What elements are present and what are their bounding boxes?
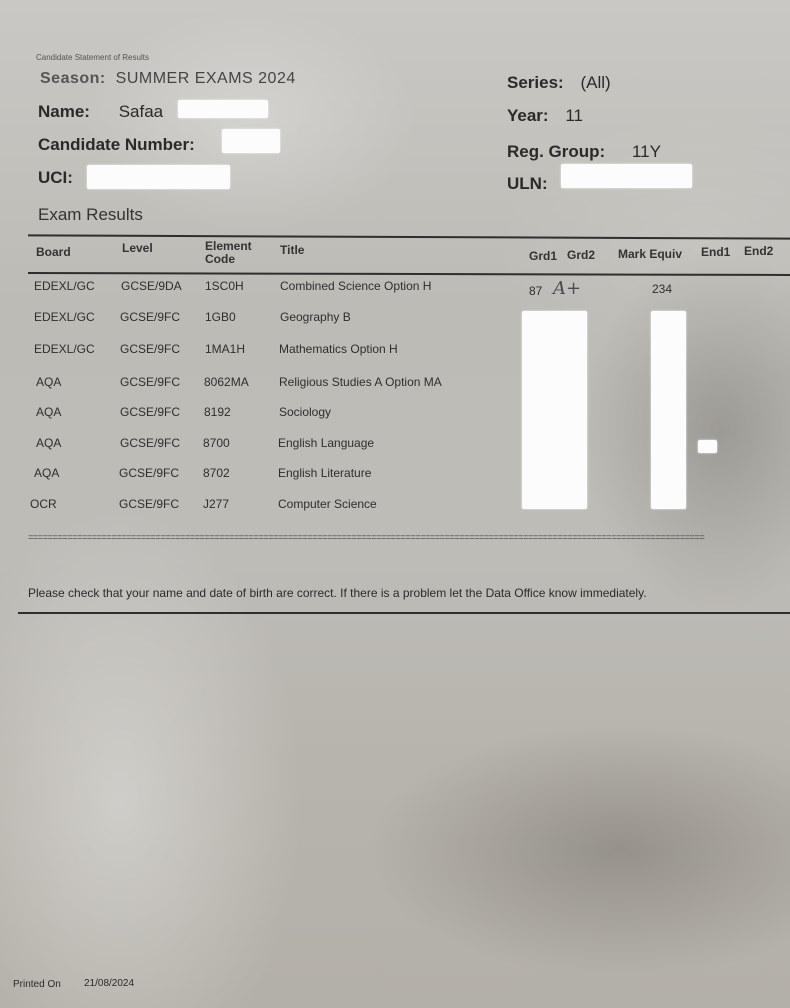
notice-text: Please check that your name and date of … [28, 586, 647, 600]
cell-code: J277 [203, 497, 229, 511]
cell-level: GCSE/9FC [120, 405, 180, 419]
separator-line: ========================================… [28, 533, 790, 543]
cell-title: Combined Science Option H [280, 279, 431, 293]
cell-title: Geography B [280, 310, 351, 324]
reg-group-label: Reg. Group: [507, 142, 605, 161]
col-board: Board [36, 246, 71, 259]
section-title: Exam Results [38, 205, 143, 225]
col-element-code-line2: Code [205, 253, 252, 266]
reg-group-value: 11Y [632, 142, 661, 161]
name-value: Safaa [119, 102, 163, 121]
cell-code: 8702 [203, 466, 230, 480]
season-value: SUMMER EXAMS 2024 [116, 70, 296, 87]
uln-label: ULN: [507, 174, 548, 194]
table-top-rule [28, 234, 790, 239]
cell-level: GCSE/9FC [120, 310, 180, 324]
redacted-surname [178, 100, 268, 118]
candidate-number-label: Candidate Number: [38, 135, 195, 155]
col-mark-equiv: Mark Equiv [618, 248, 682, 261]
redacted-candidate-number [222, 129, 280, 153]
series-label: Series: [507, 73, 564, 92]
printed-on-label: Printed On [13, 979, 61, 990]
row1-grd1: 87 [529, 284, 542, 298]
cell-code: 1GB0 [205, 310, 236, 324]
name-label: Name: [38, 102, 90, 121]
cell-board: EDEXL/GC [34, 279, 95, 293]
cell-level: GCSE/9FC [120, 342, 180, 356]
row1-mark-equiv: 234 [652, 282, 672, 296]
cell-code: 8192 [204, 405, 231, 419]
redacted-uln [561, 164, 692, 188]
cell-title: Computer Science [278, 497, 377, 511]
cell-board: AQA [36, 405, 61, 419]
series-field: Series: (All) [507, 73, 611, 93]
row1-grd2-handwritten: A+ [553, 278, 581, 299]
cell-board: EDEXL/GC [34, 342, 95, 356]
cell-board: EDEXL/GC [34, 310, 95, 324]
cell-level: GCSE/9FC [120, 375, 180, 389]
notice-rule [18, 612, 790, 614]
cell-board: OCR [30, 497, 57, 511]
cell-code: 8700 [203, 436, 230, 450]
cell-title: Religious Studies A Option MA [279, 375, 442, 389]
cell-code: 1SC0H [205, 279, 244, 293]
season-field: Season: SUMMER EXAMS 2024 [40, 70, 296, 88]
redacted-grades-column [522, 311, 587, 509]
col-end1: End1 [701, 246, 730, 259]
redacted-uci [87, 165, 230, 189]
year-value: 11 [565, 106, 583, 125]
cell-level: GCSE/9FC [120, 436, 180, 450]
reg-group-field: Reg. Group: 11Y [507, 142, 661, 162]
season-label: Season: [40, 70, 106, 87]
year-field: Year: 11 [507, 106, 583, 126]
document-header: Candidate Statement of Results [36, 53, 149, 62]
cell-code: 8062MA [204, 375, 249, 389]
year-label: Year: [507, 106, 549, 125]
printed-on-date: 21/08/2024 [84, 978, 134, 989]
col-end2: End2 [744, 245, 773, 258]
col-grd2: Grd2 [567, 249, 595, 262]
cell-title: English Language [278, 436, 374, 450]
col-title: Title [280, 244, 304, 257]
cell-title: English Literature [278, 466, 371, 480]
table-header-rule [28, 272, 790, 276]
cell-board: AQA [36, 375, 61, 389]
cell-board: AQA [36, 436, 61, 450]
cell-level: GCSE/9FC [119, 466, 179, 480]
cell-code: 1MA1H [205, 342, 245, 356]
redacted-end-value [698, 440, 717, 453]
cell-board: AQA [34, 466, 59, 480]
series-value: (All) [580, 73, 610, 92]
cell-level: GCSE/9DA [121, 279, 182, 293]
name-field: Name: Safaa [38, 102, 163, 122]
col-grd1: Grd1 [529, 250, 557, 263]
cell-title: Mathematics Option H [279, 342, 398, 356]
redacted-marks-column [651, 311, 686, 509]
uci-label: UCI: [38, 168, 73, 188]
col-element-code: Element Code [205, 240, 252, 266]
col-level: Level [122, 242, 153, 255]
cell-title: Sociology [279, 405, 331, 419]
cell-level: GCSE/9FC [119, 497, 179, 511]
